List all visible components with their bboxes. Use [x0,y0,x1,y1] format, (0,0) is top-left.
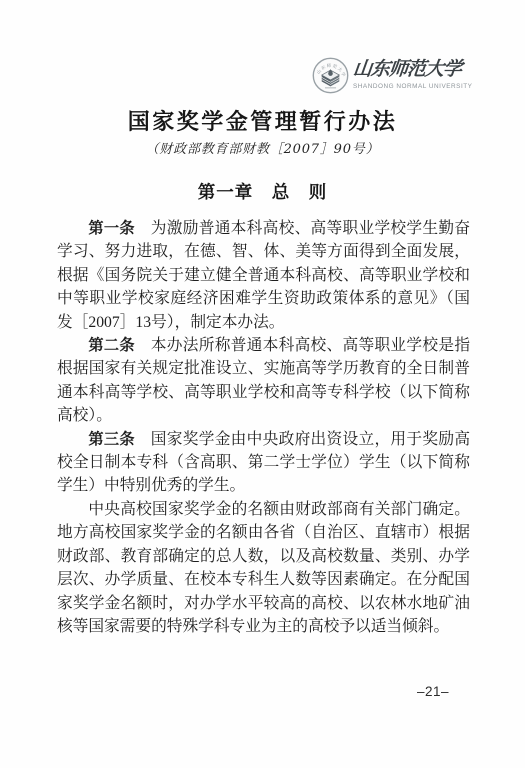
document-title: 国家奖学金管理暂行办法 [0,105,525,136]
document-body: 第一条 为激励普通本科高校、高等职业学校学生勤奋学习、努力进取，在德、智、体、美… [57,217,470,638]
article-number: 第二条 [88,337,134,354]
university-logo: 山东师范大学 山东师范大学 SHANDONG NORMAL UNIVERSITY [312,56,458,96]
paragraph: 第一条 为激励普通本科高校、高等职业学校学生勤奋学习、努力进取，在德、智、体、美… [57,217,470,334]
page-number: –21– [417,684,449,699]
university-name-cn: 山东师范大学 [352,57,459,81]
paragraph: 中央高校国家奖学金的名额由财政部商有关部门确定。地方高校国家奖学金的名额由各省（… [57,498,470,638]
university-name-en: SHANDONG NORMAL UNIVERSITY [353,83,457,90]
article-number: 第三条 [88,431,134,448]
article-number: 第一条 [88,220,134,237]
paragraph: 第二条 本办法所称普通本科高校、高等职业学校是指根据国家有关规定批准设立、实施高… [57,334,470,428]
university-seal-icon: 山东师范大学 [312,57,349,94]
document-page: 山东师范大学 山东师范大学 SHANDONG NORMAL UNIVERSITY… [0,0,525,768]
document-number: （财政部教育部财教［2007］90号） [0,138,525,157]
paragraph: 第三条 国家奖学金由中央政府出资设立，用于奖励高校全日制本专科（含高职、第二学士… [57,428,470,498]
chapter-heading: 第一章 总 则 [0,179,525,204]
